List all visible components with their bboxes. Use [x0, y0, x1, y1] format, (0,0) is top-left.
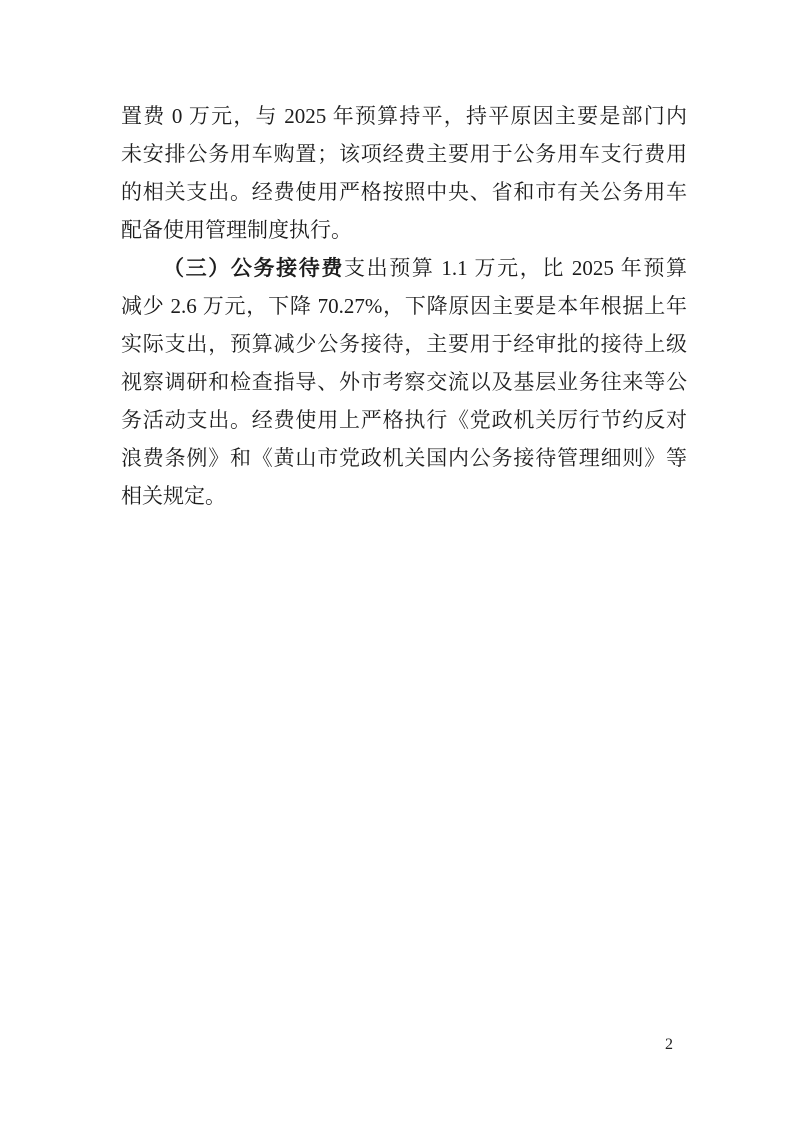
- paragraph2-line-7: 相关规定。: [121, 477, 687, 515]
- body-text: 置费 0 万元，与 2025 年预算持平，持平原因主要是部门内 未安排公务用车购…: [121, 97, 687, 515]
- paragraph2-line-1: （三）公务接待费支出预算 1.1 万元，比 2025 年预算: [121, 249, 687, 287]
- paragraph2-line1-rest: 支出预算 1.1 万元，比 2025 年预算: [344, 256, 687, 280]
- paragraph2-heading: （三）公务接待费: [163, 256, 344, 280]
- document-page: 置费 0 万元，与 2025 年预算持平，持平原因主要是部门内 未安排公务用车购…: [0, 0, 793, 1122]
- paragraph1-line-1: 置费 0 万元，与 2025 年预算持平，持平原因主要是部门内: [121, 97, 687, 135]
- paragraph2-line-6: 浪费条例》和《黄山市党政机关国内公务接待管理细则》等: [121, 439, 687, 477]
- paragraph1-line-2: 未安排公务用车购置；该项经费主要用于公务用车支行费用: [121, 135, 687, 173]
- paragraph1-line-3: 的相关支出。经费使用严格按照中央、省和市有关公务用车: [121, 173, 687, 211]
- paragraph2-line-3: 实际支出，预算减少公务接待，主要用于经审批的接待上级: [121, 325, 687, 363]
- paragraph2-line-5: 务活动支出。经费使用上严格执行《党政机关厉行节约反对: [121, 401, 687, 439]
- paragraph2-line-4: 视察调研和检查指导、外市考察交流以及基层业务往来等公: [121, 363, 687, 401]
- paragraph1-line-4: 配备使用管理制度执行。: [121, 211, 687, 249]
- page-number: 2: [663, 1035, 675, 1055]
- paragraph2-line-2: 减少 2.6 万元，下降 70.27%，下降原因主要是本年根据上年: [121, 287, 687, 325]
